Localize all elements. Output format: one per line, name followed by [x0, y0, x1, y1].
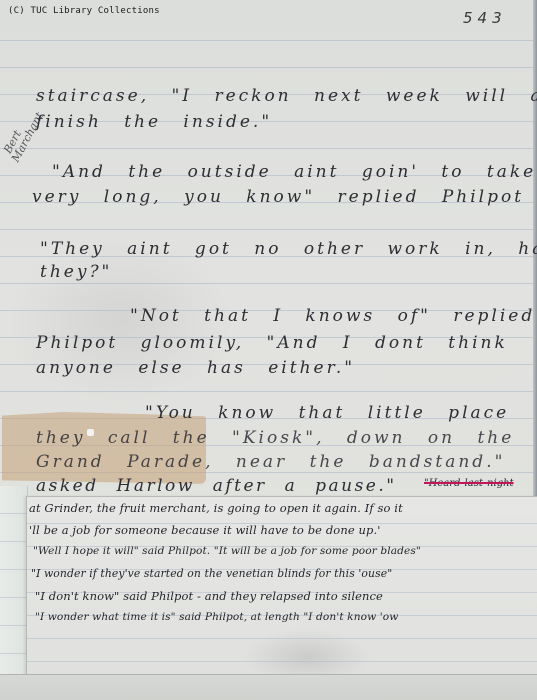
slip-line: "Well I hope it will" said Philpot. "It …: [33, 545, 421, 557]
manuscript-line: finish the inside.": [36, 112, 272, 132]
underlying-page-edge: [0, 486, 28, 700]
manuscript-line: "Not that I knows of" replied: [130, 306, 535, 326]
manuscript-line: asked Harlow after a pause.": [36, 476, 397, 496]
slip-line: "I wonder if they've started on the vene…: [31, 567, 392, 580]
struck-through-text: "Heard last night: [424, 478, 514, 489]
slip-line: "I wonder what time it is" said Philpot,…: [35, 611, 398, 623]
manuscript-line: "They aint got no other work in, have: [40, 239, 537, 259]
slip-line: 'll be a job for someone because it will…: [29, 523, 380, 537]
manuscript-line: Philpot gloomily, "And I dont think: [36, 333, 508, 353]
manuscript-line: Grand Parade, near the bandstand.": [36, 452, 505, 472]
manuscript-line: very long, you know" replied Philpot: [32, 187, 524, 207]
manuscript-line: staircase, "I reckon next week will abou…: [36, 86, 537, 106]
manuscript-line: they call the "Kiosk", down on the: [36, 428, 514, 448]
pasted-paper-slip: at Grinder, the fruit merchant, is going…: [26, 496, 537, 675]
manuscript-page: (C) TUC Library Collections 543 Bert Mar…: [0, 0, 537, 700]
manuscript-line: "And the outside aint goin' to take: [52, 162, 536, 182]
manuscript-line: "You know that little place: [145, 403, 509, 423]
manuscript-line: they?": [40, 262, 112, 282]
slip-line: at Grinder, the fruit merchant, is going…: [29, 501, 403, 515]
slip-line: "I don't know" said Philpot - and they r…: [35, 589, 383, 603]
manuscript-line: anyone else has either.": [36, 358, 355, 378]
page-number: 543: [463, 9, 507, 27]
copyright-watermark: (C) TUC Library Collections: [8, 6, 160, 16]
paper-fold-bottom: [0, 674, 537, 700]
